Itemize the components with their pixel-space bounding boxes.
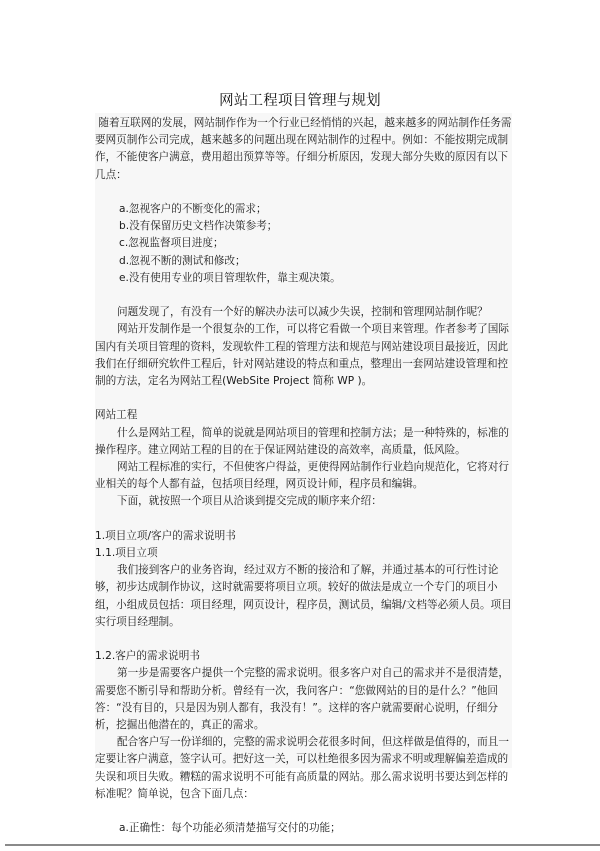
- list-item: a.忽视客户的不断变化的需求；: [119, 201, 512, 218]
- intro-paragraph: 随着互联网的发展，网站制作作为一个行业已经悄悄的兴起，越来越多的网站制作任务需要…: [95, 115, 512, 184]
- spacer: [95, 511, 512, 528]
- spacer: [95, 631, 512, 648]
- paragraph: 网站工程标准的实行，不但使客户得益，更使得网站制作行业趋向规范化，它将对行业相关…: [95, 459, 512, 493]
- paragraph: 配合客户写一份详细的，完整的需求说明会花很多时间，但这样做是值得的，而且一定要让…: [95, 734, 512, 803]
- failure-reasons-list: a.忽视客户的不断变化的需求； b.没有保留历史文档作决策参考； c.忽视监督项…: [95, 201, 512, 287]
- subsection-heading-1-1: 1.1.项目立项: [95, 545, 512, 562]
- paragraph: 下面，就按照一个项目从洽谈到提交完成的顺序来介绍：: [95, 493, 512, 510]
- criteria-list: a.正确性：每个功能必须清楚描写交付的功能；: [95, 820, 512, 837]
- paragraph: 我们接到客户的业务咨询，经过双方不断的接洽和了解，并通过基本的可行性讨论够，初步…: [95, 562, 512, 631]
- spacer: [95, 390, 512, 407]
- paragraph: 什么是网站工程，简单的说就是网站项目的管理和控制方法；是一种特殊的，标准的操作程…: [95, 425, 512, 459]
- section-heading-1: 1.项目立项/客户的需求说明书: [95, 528, 512, 545]
- page-bottom-divider: [5, 844, 600, 846]
- paragraph: 第一步是需要客户提供一个完整的需求说明。很多客户对自己的需求并不是很清楚，需要您…: [95, 665, 512, 734]
- list-item: c.忽视监督项目进度；: [119, 235, 512, 252]
- list-item: d.忽视不断的测试和修改；: [119, 253, 512, 270]
- list-item: e.没有使用专业的项目管理软件，靠主观决策。: [119, 270, 512, 287]
- page-title: 网站工程项目管理与规划: [0, 89, 600, 110]
- list-item: a.正确性：每个功能必须清楚描写交付的功能；: [119, 820, 512, 837]
- solution-paragraph: 网站开发制作是一个很复杂的工作，可以将它看做一个项目来管理。作者参考了国际国内有…: [95, 321, 512, 390]
- subsection-heading-1-2: 1.2.客户的需求说明书: [95, 648, 512, 665]
- document-body: 随着互联网的发展，网站制作作为一个行业已经悄悄的兴起，越来越多的网站制作任务需要…: [95, 113, 512, 768]
- spacer: [95, 287, 512, 304]
- problem-question: 问题发现了，有没有一个好的解决办法可以减少失误，控制和管理网站制作呢？: [95, 304, 512, 321]
- spacer: [95, 184, 512, 201]
- section-heading-website-engineering: 网站工程: [95, 407, 512, 424]
- spacer: [95, 803, 512, 820]
- list-item: b.没有保留历史文档作决策参考；: [119, 218, 512, 235]
